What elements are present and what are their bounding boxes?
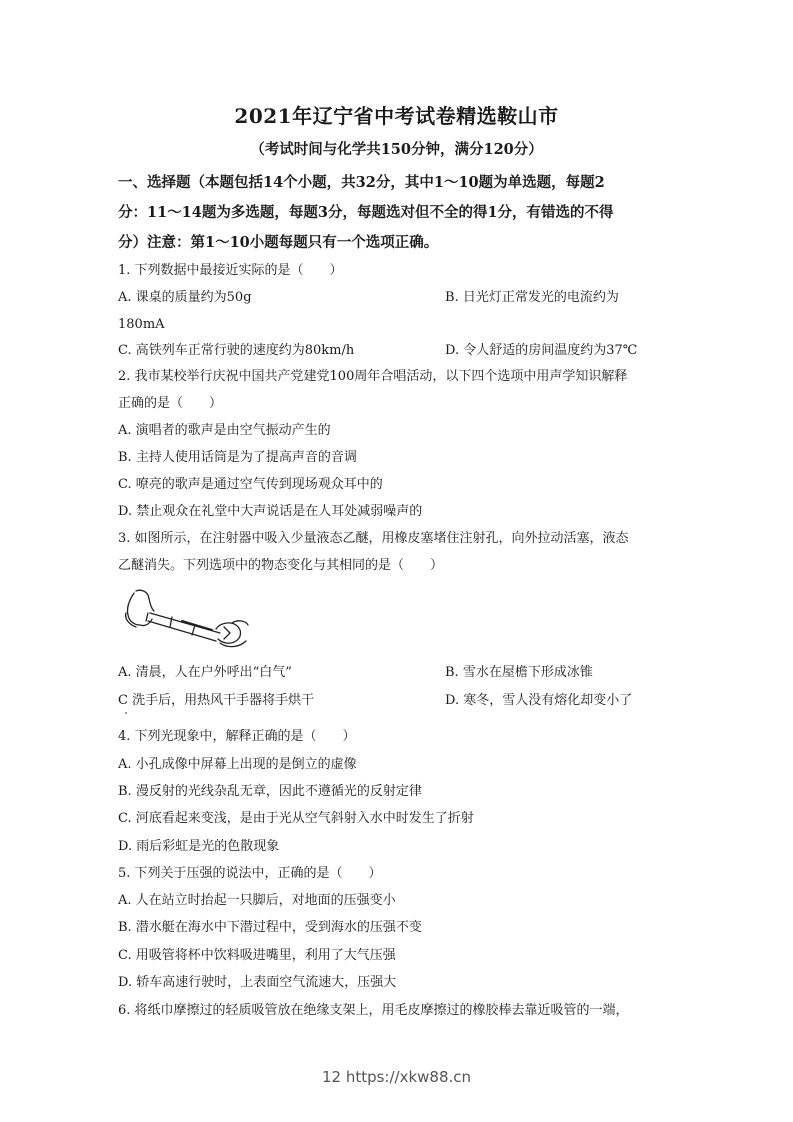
question-1-stem: 1. 下列数据中最接近实际的是（ ） xyxy=(118,262,343,280)
section-header: 一、选择题（本题包括14个小题，共32分，其中1～10题为单选题，每题2 分：1… xyxy=(118,168,698,258)
question-2-option-d: D. 禁止观众在礼堂中大声说话是在人耳处减弱噪声的 xyxy=(118,503,422,521)
question-2-stem: 2. 我市某校举行庆祝中国共产党建党100周年合唱活动，以下四个选项中用声学知识… xyxy=(118,368,627,386)
question-3-option-c: C 洗手后，用热风干手器将手烘干 xyxy=(118,692,314,710)
question-2-option-a: A. 演唱者的歌声是由空气振动产生的 xyxy=(118,422,331,440)
section-header-line: 分）注意：第1～10小题每题只有一个选项正确。 xyxy=(118,228,698,258)
question-5-option-d: D. 轿车高速行驶时，上表面空气流速大，压强大 xyxy=(118,974,396,992)
question-2-stem-cont: 正确的是（ ） xyxy=(118,395,222,413)
question-1-option-b-cont: 180mA xyxy=(118,316,165,334)
question-5-option-a: A. 人在站立时抬起一只脚后，对地面的压强变小 xyxy=(118,892,396,910)
question-4-stem: 4. 下列光现象中，解释正确的是（ ） xyxy=(118,728,356,746)
question-1-option-a: A. 课桌的质量约为50g xyxy=(118,289,252,307)
exam-page: 2021年辽宁省中考试卷精选鞍山市 （考试时间与化学共150分钟，满分120分）… xyxy=(0,0,793,1122)
question-2-option-c: C. 嘹亮的歌声是通过空气传到现场观众耳中的 xyxy=(118,476,383,494)
page-subtitle: （考试时间与化学共150分钟，满分120分） xyxy=(0,138,793,159)
stray-mark xyxy=(125,712,127,714)
question-4-option-d: D. 雨后彩虹是光的色散现象 xyxy=(118,838,279,856)
section-header-line: 分：11～14题为多选题，每题3分，每题选对但不全的得1分，有错选的不得 xyxy=(118,198,698,228)
question-3-option-b: B. 雪水在屋檐下形成冰锥 xyxy=(445,664,593,682)
question-1-option-c: C. 高铁列车正常行驶的速度约为80km/h xyxy=(118,342,354,360)
question-3-stem-cont: 乙醚消失。下列选项中的物态变化与其相同的是（ ） xyxy=(118,557,443,575)
question-1-option-d: D. 令人舒适的房间温度约为37℃ xyxy=(445,342,637,360)
question-3-stem: 3. 如图所示，在注射器中吸入少量液态乙醚，用橡皮塞堵住注射孔，向外拉动活塞，液… xyxy=(118,530,629,548)
question-2-option-b: B. 主持人使用话筒是为了提高声音的音调 xyxy=(118,449,357,467)
question-3-option-d: D. 寒冬，雪人没有熔化却变小了 xyxy=(445,692,632,710)
question-3-option-a: A. 清晨，人在户外呼出“白气” xyxy=(118,664,292,682)
question-5-option-c: C. 用吸管将杯中饮料吸进嘴里，利用了大气压强 xyxy=(118,947,396,965)
question-5-option-b: B. 潜水艇在海水中下潜过程中，受到海水的压强不变 xyxy=(118,919,422,937)
question-5-stem: 5. 下列关于压强的说法中，正确的是（ ） xyxy=(118,865,382,883)
question-4-option-a: A. 小孔成像中屏幕上出现的是倒立的虚像 xyxy=(118,756,357,774)
section-header-line: 一、选择题（本题包括14个小题，共32分，其中1～10题为单选题，每题2 xyxy=(118,168,698,198)
question-1-option-b: B. 日光灯正常发光的电流约为 xyxy=(445,289,619,307)
question-6-stem: 6. 将纸巾摩擦过的轻质吸管放在绝缘支架上，用毛皮摩擦过的橡胶棒去靠近吸管的一端… xyxy=(118,1002,629,1020)
syringe-illustration xyxy=(120,585,260,650)
page-footer: 12 https://xkw88.cn xyxy=(0,1068,793,1086)
question-4-option-b: B. 漫反射的光线杂乱无章，因此不遵循光的反射定律 xyxy=(118,783,422,801)
page-title: 2021年辽宁省中考试卷精选鞍山市 xyxy=(0,100,793,129)
question-4-option-c: C. 河底看起来变浅，是由于光从空气斜射入水中时发生了折射 xyxy=(118,810,474,828)
